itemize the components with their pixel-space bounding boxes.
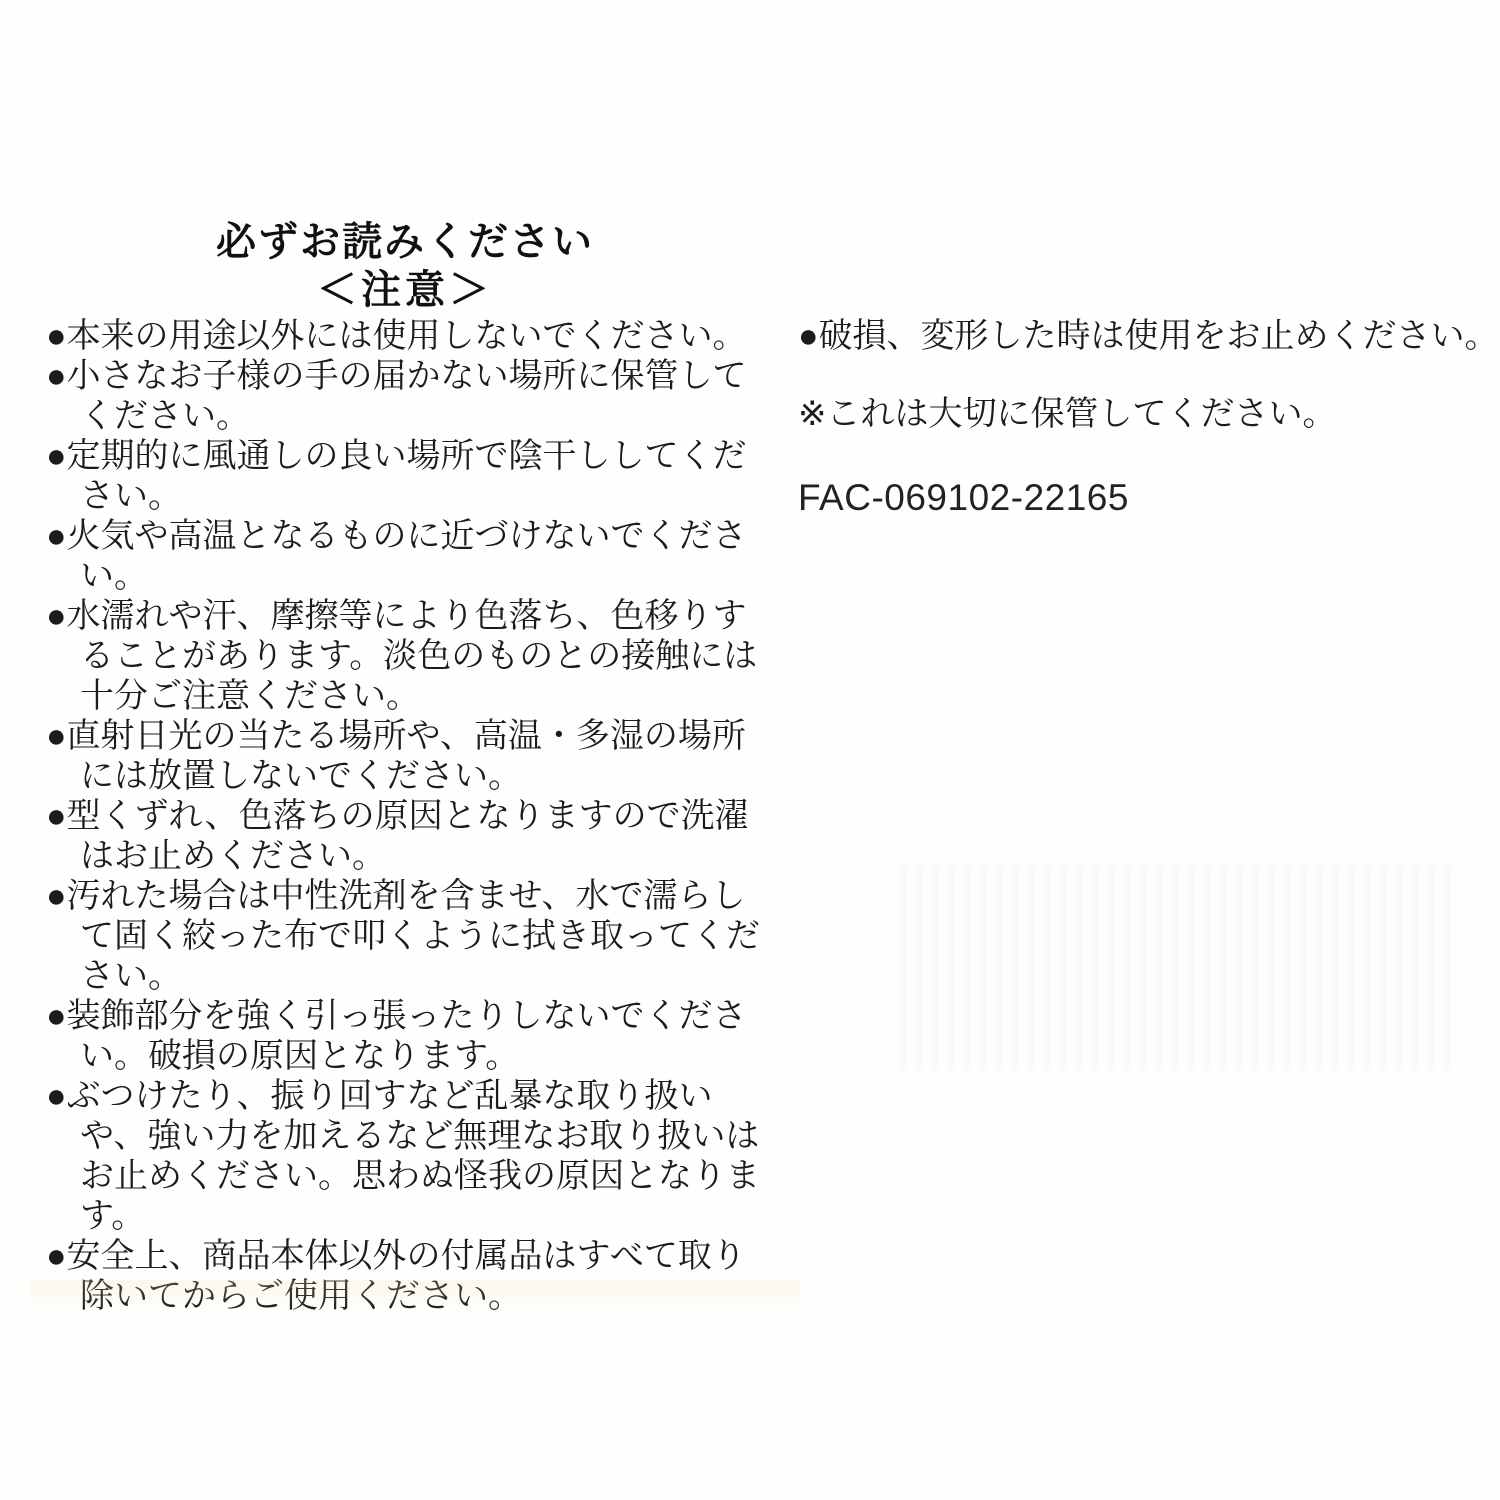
page-title: 必ずお読みください bbox=[48, 218, 762, 266]
product-code: FAC-069102-22165 bbox=[798, 478, 1500, 518]
list-item-text: 装飾部分を強く引っ張ったりしないでください。破損の原因となります。 bbox=[67, 997, 747, 1075]
title-block: 必ずお読みください ＜注意＞ bbox=[48, 218, 762, 314]
list-item: ●破損、変形した時は使用をお止めください。 bbox=[798, 316, 1500, 356]
list-item: ●小さなお子様の手の届かない場所に保管してください。 bbox=[46, 356, 774, 436]
list-item-text: 定期的に風通しの良い場所で陰干ししてください。 bbox=[67, 437, 747, 515]
bullet-icon: ● bbox=[46, 717, 67, 755]
list-item-text: 安全上、商品本体以外の付属品はすべて取り除いてからご使用ください。 bbox=[67, 1237, 746, 1315]
list-item: ●定期的に風通しの良い場所で陰干ししてください。 bbox=[46, 436, 774, 516]
page-subtitle: ＜注意＞ bbox=[48, 266, 762, 314]
list-item: ●本来の用途以外には使用しないでください。 bbox=[46, 316, 774, 356]
list-item: ●汚れた場合は中性洗剤を含ませ、水で濡らして固く絞った布で叩くように拭き取ってく… bbox=[46, 876, 774, 996]
bullet-icon: ● bbox=[46, 997, 67, 1035]
list-item-text: ぶつけたり、振り回すなど乱暴な取り扱いや、強い力を加えるなど無理なお取り扱いはお… bbox=[67, 1077, 760, 1235]
bullet-icon: ● bbox=[46, 1077, 67, 1115]
bullet-icon: ● bbox=[46, 797, 67, 835]
bullet-icon: ● bbox=[46, 317, 67, 355]
bullet-icon: ● bbox=[46, 437, 67, 475]
list-item-text: 水濡れや汗、摩擦等により色落ち、色移りすることがあります。淡色のものとの接触には… bbox=[67, 597, 758, 715]
keep-note: ※これは大切に保管してください。 bbox=[798, 394, 1500, 434]
list-item-text: 破損、変形した時は使用をお止めください。 bbox=[819, 317, 1499, 355]
bullet-icon: ● bbox=[46, 1237, 67, 1275]
bullet-icon: ● bbox=[46, 517, 67, 555]
caution-list: ●本来の用途以外には使用しないでください。 ●小さなお子様の手の届かない場所に保… bbox=[46, 316, 774, 1316]
list-item: ●装飾部分を強く引っ張ったりしないでください。破損の原因となります。 bbox=[46, 996, 774, 1076]
list-item: ●型くずれ、色落ちの原因となりますので洗濯はお止めください。 bbox=[46, 796, 774, 876]
list-item-text: 本来の用途以外には使用しないでください。 bbox=[67, 317, 747, 355]
list-item: ●直射日光の当たる場所や、高温・多湿の場所には放置しないでください。 bbox=[46, 716, 774, 796]
caution-sheet: 必ずお読みください ＜注意＞ ●本来の用途以外には使用しないでください。 ●小さ… bbox=[0, 0, 1500, 1500]
list-item-text: 火気や高温となるものに近づけないでください。 bbox=[67, 517, 747, 595]
list-item: ●水濡れや汗、摩擦等により色落ち、色移りすることがあります。淡色のものとの接触に… bbox=[46, 596, 774, 716]
bullet-icon: ● bbox=[46, 877, 67, 915]
list-item: ●安全上、商品本体以外の付属品はすべて取り除いてからご使用ください。 bbox=[46, 1236, 774, 1316]
list-item-text: 小さなお子様の手の届かない場所に保管してください。 bbox=[67, 357, 747, 435]
bullet-icon: ● bbox=[46, 357, 67, 395]
list-item: ●火気や高温となるものに近づけないでください。 bbox=[46, 516, 774, 596]
right-column: ●破損、変形した時は使用をお止めください。 ※これは大切に保管してください。 F… bbox=[798, 316, 1500, 555]
list-item-text: 汚れた場合は中性洗剤を含ませ、水で濡らして固く絞った布で叩くように拭き取ってくだ… bbox=[67, 877, 760, 995]
list-item-text: 型くずれ、色落ちの原因となりますので洗濯はお止めください。 bbox=[67, 797, 749, 875]
scan-artifact-stripes bbox=[900, 865, 1460, 1070]
bullet-icon: ● bbox=[798, 317, 819, 355]
list-item: ●ぶつけたり、振り回すなど乱暴な取り扱いや、強い力を加えるなど無理なお取り扱いは… bbox=[46, 1076, 774, 1236]
list-item-text: 直射日光の当たる場所や、高温・多湿の場所には放置しないでください。 bbox=[67, 717, 746, 795]
bullet-icon: ● bbox=[46, 597, 67, 635]
